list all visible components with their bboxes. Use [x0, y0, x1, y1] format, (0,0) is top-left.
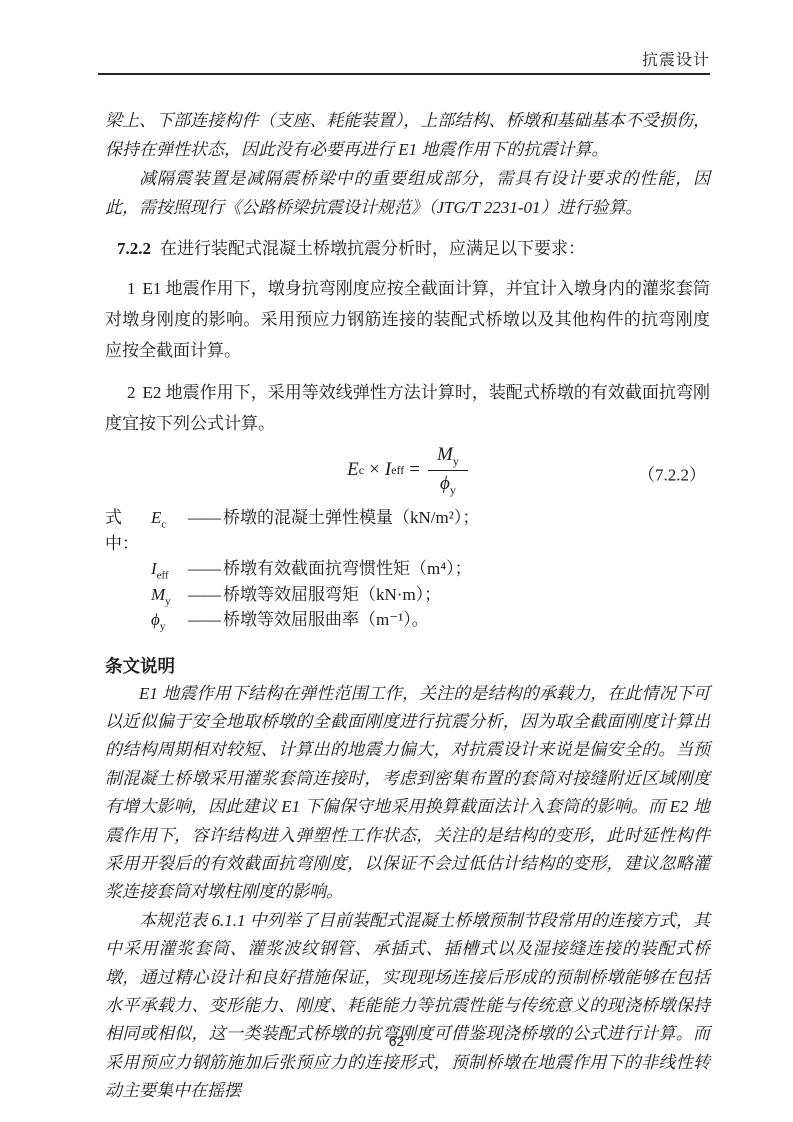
commentary-continued-paragraph-2: 减隔震装置是减隔震桥梁中的重要组成部分，需具有设计要求的性能，因此，需按照现行《…	[105, 164, 710, 222]
item-number: 2	[127, 383, 136, 402]
commentary-continued-paragraph: 梁上、下部连接构件（支座、耗能装置），上部结构、桥墩和基础基本不受损伤，保持在弹…	[105, 106, 710, 164]
fraction-numerator: My	[428, 444, 468, 471]
where-label: 式中：	[105, 505, 151, 556]
definition-description: 桥墩等效屈服弯矩（kN·m）；	[223, 582, 710, 608]
definition-symbol: Ec	[151, 505, 188, 531]
clause-item-1: 1E1 地震作用下，墩身抗弯刚度应按全截面计算，并宜计入墩身内的灌浆套筒对墩身刚…	[105, 273, 710, 366]
clause-title: 在进行装配式混凝土桥墩抗震分析时，应满足以下要求：	[160, 239, 585, 258]
page-number: 62	[0, 1033, 793, 1049]
definition-description: 桥墩的混凝土弹性模量（kN/m²）；	[223, 505, 710, 531]
symbol-definitions: 式中： Ec —— 桥墩的混凝土弹性模量（kN/m²）； Ieff —— 桥墩有…	[105, 505, 710, 633]
header-rule	[98, 73, 710, 75]
math-var-phi: ϕ	[440, 473, 450, 494]
fraction: My ϕy	[428, 444, 468, 496]
commentary-section-heading: 条文说明	[105, 653, 710, 680]
document-page: 抗震设计 梁上、下部连接构件（支座、耗能装置），上部结构、桥墩和基础基本不受损伤…	[0, 0, 793, 1122]
item-text: E1 地震作用下，墩身抗弯刚度应按全截面计算，并宜计入墩身内的灌浆套筒对墩身刚度…	[105, 279, 710, 360]
header-title: 抗震设计	[642, 52, 710, 69]
clause-heading: 7.2.2在进行装配式混凝土桥墩抗震分析时，应满足以下要求：	[105, 236, 710, 262]
definition-dash: ——	[188, 556, 220, 582]
item-number: 1	[127, 279, 136, 298]
equation-number: （7.2.2）	[638, 461, 706, 486]
commentary-paragraph-2: 本规范表 6.1.1 中列举了目前装配式混凝土桥墩预制节段常用的连接方式，其中采…	[105, 907, 710, 1106]
math-var-E: E	[347, 460, 359, 479]
math-var-M: M	[437, 444, 453, 465]
commentary-paragraph-1: E1 地震作用下结构在弹性范围工作，关注的是结构的承载力，在此情况下可以近似偏于…	[105, 680, 710, 907]
definition-row: ϕy —— 桥墩等效屈服曲率（m⁻¹）。	[105, 607, 710, 633]
definition-row: 式中： Ec —— 桥墩的混凝土弹性模量（kN/m²）；	[105, 505, 710, 556]
math-sub-y: y	[453, 454, 459, 468]
definition-symbol: My	[151, 582, 188, 608]
definition-dash: ——	[188, 582, 220, 608]
multiply-operator: ×	[369, 460, 380, 479]
clause-number: 7.2.2	[117, 239, 151, 258]
page-content: 抗震设计 梁上、下部连接构件（支座、耗能装置），上部结构、桥墩和基础基本不受损伤…	[105, 0, 710, 1106]
fraction-denominator: ϕy	[440, 471, 456, 496]
equation-block: Ec × Ieff = My ϕy （7.2.2）	[105, 444, 710, 502]
definition-description: 桥墩有效截面抗弯惯性矩（m⁴）；	[223, 556, 710, 582]
definition-dash: ——	[188, 607, 220, 633]
page-header: 抗震设计	[105, 0, 710, 70]
math-sub-y: y	[450, 483, 456, 497]
definition-row: Ieff —— 桥墩有效截面抗弯惯性矩（m⁴）；	[105, 556, 710, 582]
item-text: E2 地震作用下，采用等效线弹性方法计算时，装配式桥墩的有效截面抗弯刚度宜按下列…	[105, 383, 710, 433]
definition-row: My —— 桥墩等效屈服弯矩（kN·m）；	[105, 582, 710, 608]
math-sub-eff: eff	[391, 464, 404, 476]
clause-item-2: 2E2 地震作用下，采用等效线弹性方法计算时，装配式桥墩的有效截面抗弯刚度宜按下…	[105, 377, 710, 439]
definition-symbol: ϕy	[151, 607, 188, 633]
definition-dash: ——	[188, 505, 220, 531]
math-sub-c: c	[359, 464, 364, 476]
definition-symbol: Ieff	[151, 556, 188, 582]
equals-sign: =	[409, 460, 420, 479]
definition-description: 桥墩等效屈服曲率（m⁻¹）。	[223, 607, 710, 633]
equation: Ec × Ieff = My ϕy	[347, 444, 468, 496]
